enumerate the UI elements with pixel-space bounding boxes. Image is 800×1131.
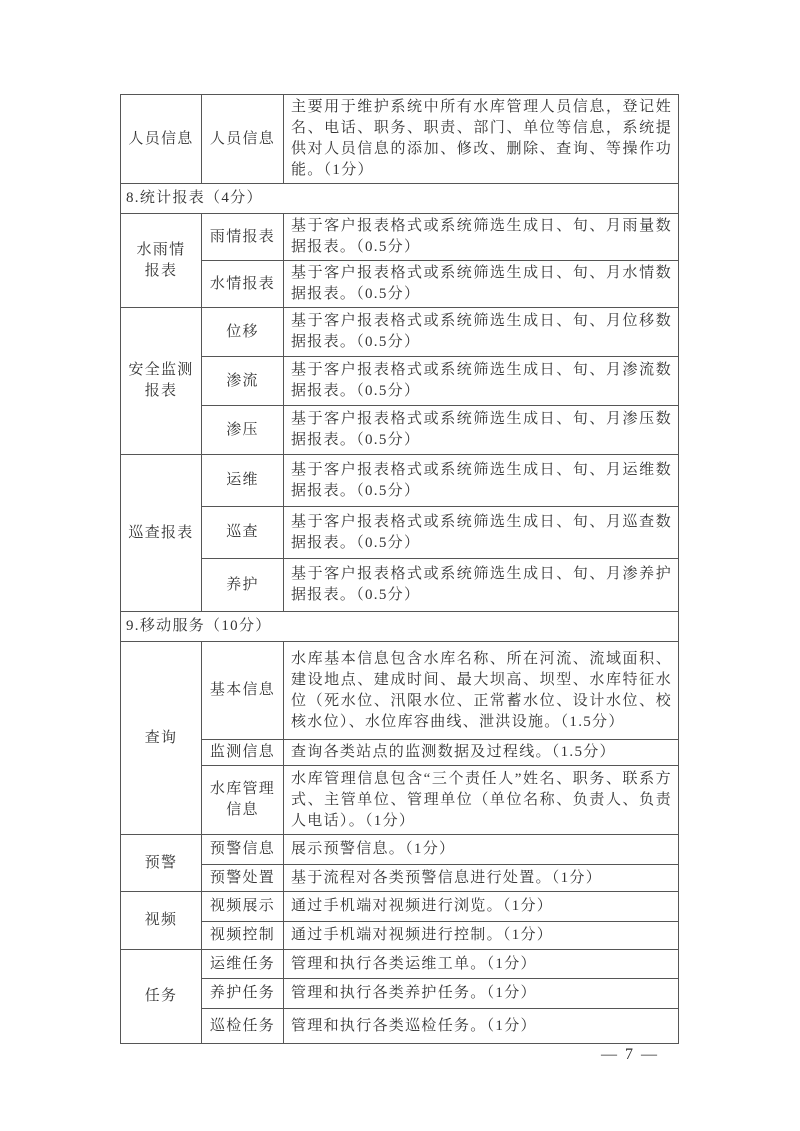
table-row: 渗流 基于客户报表格式或系统筛选生成日、旬、月渗流数据报表。（0.5分）: [121, 357, 679, 406]
table-row: 人员信息 人员信息 主要用于维护系统中所有水库管理人员信息，登记姓名、电话、职务…: [121, 95, 679, 184]
description-cell: 基于客户报表格式或系统筛选生成日、旬、月水情数据报表。（0.5分）: [284, 261, 679, 308]
group-cell: 巡查报表: [121, 455, 202, 612]
feature-cell: 预警处置: [202, 865, 284, 892]
description-cell: 基于客户报表格式或系统筛选生成日、旬、月渗流数据报表。（0.5分）: [284, 357, 679, 406]
description-cell: 管理和执行各类巡检任务。（1分）: [284, 1009, 679, 1044]
description-cell: 管理和执行各类养护任务。（1分）: [284, 979, 679, 1009]
feature-cell: 监测信息: [202, 740, 284, 766]
description-cell: 基于客户报表格式或系统筛选生成日、旬、月运维数据报表。（0.5分）: [284, 455, 679, 507]
description-cell: 展示预警信息。（1分）: [284, 835, 679, 865]
feature-scoring-table: 人员信息 人员信息 主要用于维护系统中所有水库管理人员信息，登记姓名、电话、职务…: [120, 94, 679, 1044]
feature-cell: 位移: [202, 308, 284, 357]
description-cell: 通过手机端对视频进行控制。（1分）: [284, 922, 679, 950]
table-row: 安全监测 报表 位移 基于客户报表格式或系统筛选生成日、旬、月位移数据报表。（0…: [121, 308, 679, 357]
table-row: 渗压 基于客户报表格式或系统筛选生成日、旬、月渗压数据报表。（0.5分）: [121, 406, 679, 455]
description-cell: 基于客户报表格式或系统筛选生成日、旬、月渗压数据报表。（0.5分）: [284, 406, 679, 455]
table-row: 预警 预警信息 展示预警信息。（1分）: [121, 835, 679, 865]
table-row: 巡查 基于客户报表格式或系统筛选生成日、旬、月巡查数据报表。（0.5分）: [121, 507, 679, 559]
description-cell: 管理和执行各类运维工单。（1分）: [284, 950, 679, 979]
feature-cell: 养护: [202, 559, 284, 612]
section-header-cell: 8.统计报表（4分）: [121, 184, 679, 214]
feature-cell: 运维: [202, 455, 284, 507]
description-cell: 基于流程对各类预警信息进行处置。（1分）: [284, 865, 679, 892]
feature-cell: 基本信息: [202, 642, 284, 740]
feature-cell: 运维任务: [202, 950, 284, 979]
feature-cell: 水库管理 信息: [202, 766, 284, 835]
feature-cell: 巡检任务: [202, 1009, 284, 1044]
table-row: 巡查报表 运维 基于客户报表格式或系统筛选生成日、旬、月运维数据报表。（0.5分…: [121, 455, 679, 507]
feature-cell: 水情报表: [202, 261, 284, 308]
table-row: 巡检任务 管理和执行各类巡检任务。（1分）: [121, 1009, 679, 1044]
feature-cell: 视频展示: [202, 892, 284, 922]
table-row: 视频控制 通过手机端对视频进行控制。（1分）: [121, 922, 679, 950]
feature-cell: 雨情报表: [202, 214, 284, 261]
table-row: 监测信息 查询各类站点的监测数据及过程线。（1.5分）: [121, 740, 679, 766]
table-row: 视频 视频展示 通过手机端对视频进行浏览。（1分）: [121, 892, 679, 922]
group-cell: 安全监测 报表: [121, 308, 202, 455]
group-cell: 任务: [121, 950, 202, 1044]
table-row: 水库管理 信息 水库管理信息包含“三个责任人”姓名、职务、联系方式、主管单位、管…: [121, 766, 679, 835]
description-cell: 基于客户报表格式或系统筛选生成日、旬、月位移数据报表。（0.5分）: [284, 308, 679, 357]
feature-cell: 视频控制: [202, 922, 284, 950]
section-header-row: 9.移动服务（10分）: [121, 612, 679, 642]
feature-cell: 巡查: [202, 507, 284, 559]
section-header-row: 8.统计报表（4分）: [121, 184, 679, 214]
feature-cell: 人员信息: [202, 95, 284, 184]
description-cell: 主要用于维护系统中所有水库管理人员信息，登记姓名、电话、职务、职责、部门、单位等…: [284, 95, 679, 184]
group-cell: 预警: [121, 835, 202, 892]
table-row: 养护任务 管理和执行各类养护任务。（1分）: [121, 979, 679, 1009]
table-row: 预警处置 基于流程对各类预警信息进行处置。（1分）: [121, 865, 679, 892]
feature-cell: 预警信息: [202, 835, 284, 865]
table-row: 养护 基于客户报表格式或系统筛选生成日、旬、月渗养护据报表。（0.5分）: [121, 559, 679, 612]
group-cell: 人员信息: [121, 95, 202, 184]
feature-cell: 渗压: [202, 406, 284, 455]
description-cell: 水库基本信息包含水库名称、所在河流、流域面积、建设地点、建成时间、最大坝高、坝型…: [284, 642, 679, 740]
description-cell: 水库管理信息包含“三个责任人”姓名、职务、联系方式、主管单位、管理单位（单位名称…: [284, 766, 679, 835]
description-cell: 通过手机端对视频进行浏览。（1分）: [284, 892, 679, 922]
feature-cell: 渗流: [202, 357, 284, 406]
description-cell: 查询各类站点的监测数据及过程线。（1.5分）: [284, 740, 679, 766]
description-cell: 基于客户报表格式或系统筛选生成日、旬、月渗养护据报表。（0.5分）: [284, 559, 679, 612]
description-cell: 基于客户报表格式或系统筛选生成日、旬、月雨量数据报表。（0.5分）: [284, 214, 679, 261]
table-row: 水情报表 基于客户报表格式或系统筛选生成日、旬、月水情数据报表。（0.5分）: [121, 261, 679, 308]
feature-cell: 养护任务: [202, 979, 284, 1009]
description-cell: 基于客户报表格式或系统筛选生成日、旬、月巡查数据报表。（0.5分）: [284, 507, 679, 559]
document-page: 人员信息 人员信息 主要用于维护系统中所有水库管理人员信息，登记姓名、电话、职务…: [0, 0, 800, 1131]
group-cell: 水雨情 报表: [121, 214, 202, 308]
table-row: 水雨情 报表 雨情报表 基于客户报表格式或系统筛选生成日、旬、月雨量数据报表。（…: [121, 214, 679, 261]
section-header-cell: 9.移动服务（10分）: [121, 612, 679, 642]
table-row: 任务 运维任务 管理和执行各类运维工单。（1分）: [121, 950, 679, 979]
group-cell: 查询: [121, 642, 202, 835]
table-row: 查询 基本信息 水库基本信息包含水库名称、所在河流、流域面积、建设地点、建成时间…: [121, 642, 679, 740]
group-cell: 视频: [121, 892, 202, 950]
page-number: — 7 —: [560, 1046, 700, 1064]
